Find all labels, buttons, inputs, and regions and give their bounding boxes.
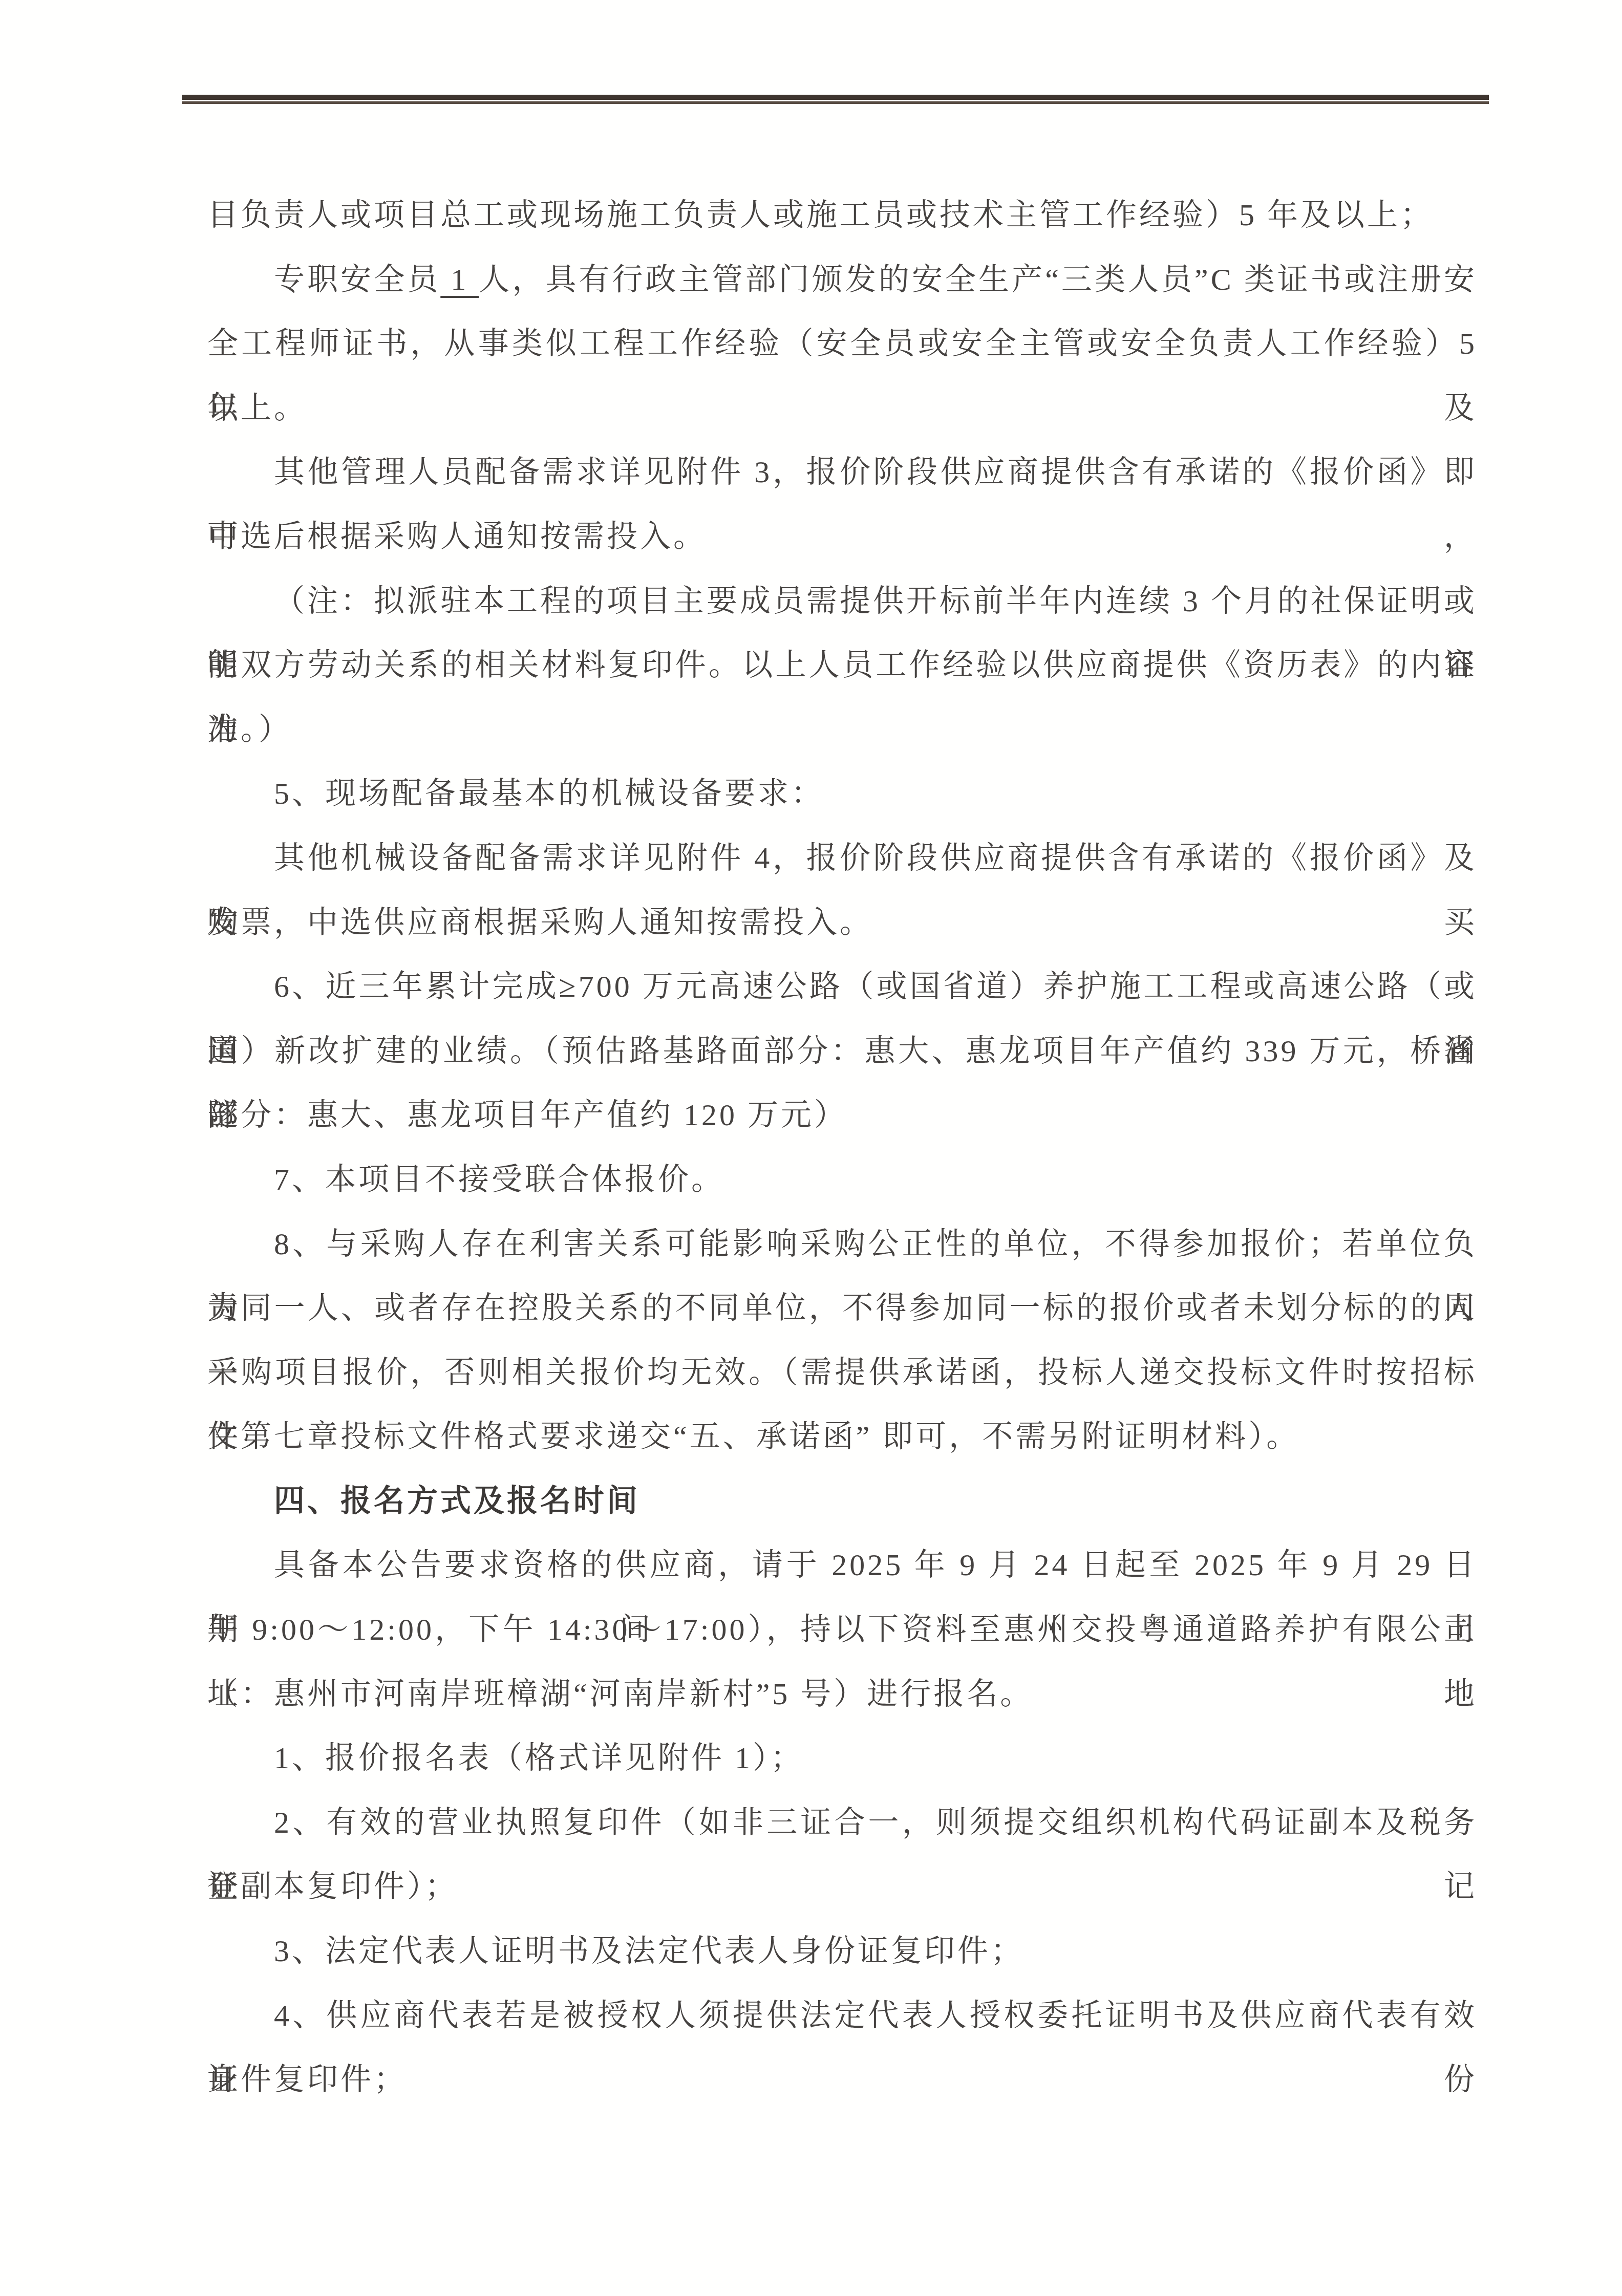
doc-line: 准。） — [207, 698, 1477, 762]
header-rule-top-bar — [182, 95, 1489, 100]
underlined-number: 1 — [440, 263, 479, 296]
doc-line: 全工程师证书，从事类似工程工作经验（安全员或安全主管或安全负责人工作经验）5 年… — [207, 312, 1477, 376]
doc-line: 采购项目报价，否则相关报价均无效。（需提供承诺函，投标人递交投标文件时按招标文 — [207, 1341, 1477, 1405]
doc-line: 专职安全员 1 人，具有行政主管部门颁发的安全生产“三类人员”C 类证书或注册安 — [207, 248, 1477, 312]
doc-line-prefix: 专职安全员 — [274, 263, 440, 296]
doc-line-item-2: 2、有效的营业执照复印件（如非三证合一，则须提交组织机构代码证副本及税务登记 — [207, 1791, 1477, 1855]
doc-line-item-7: 7、本项目不接受联合体报价。 — [207, 1148, 1477, 1212]
doc-line: 其他机械设备配备需求详见附件 4，报价阶段供应商提供含有承诺的《报价函》及购买 — [207, 826, 1477, 891]
doc-line-suffix: 人，具有行政主管部门颁发的安全生产“三类人员”C 类证书或注册安 — [479, 263, 1477, 296]
header-rule-bottom-bar — [182, 101, 1489, 104]
doc-line-item-5: 5、现场配备最基本的机械设备要求： — [207, 762, 1477, 826]
doc-line: 目负责人或项目总工或现场施工负责人或施工员或技术主管工作经验）5 年及以上； — [207, 183, 1477, 248]
document-text-block: 目负责人或项目总工或现场施工负责人或施工员或技术主管工作经验）5 年及以上； 专… — [207, 183, 1477, 2112]
header-double-rule — [182, 95, 1489, 104]
doc-line: 为同一人、或者存在控股关系的不同单位，不得参加同一标的报价或者未划分标的的同一 — [207, 1276, 1477, 1341]
doc-line-item-6: 6、近三年累计完成≥700 万元高速公路（或国省道）养护施工工程或高速公路（或国… — [207, 955, 1477, 1019]
doc-line-item-4: 4、供应商代表若是被授权人须提供法定代表人授权委托证明书及供应商代表有效身份 — [207, 1984, 1477, 2048]
doc-line-item-1: 1、报价报名表（格式详见附件 1）； — [207, 1726, 1477, 1791]
doc-line: 午 9:00～12:00，下午 14:30～17:00），持以下资料至惠州交投粤… — [207, 1598, 1477, 1662]
doc-line: 明双方劳动关系的相关材料复印件。以上人员工作经验以供应商提供《资历表》的内容为 — [207, 633, 1477, 698]
doc-line-item-3: 3、法定代表人证明书及法定代表人身份证复印件； — [207, 1919, 1477, 1984]
doc-line-item-8: 8、与采购人存在利害关系可能影响采购公正性的单位，不得参加报价；若单位负责人 — [207, 1212, 1477, 1277]
section-heading: 四、报名方式及报名时间 — [207, 1469, 1477, 1534]
doc-line: 其他管理人员配备需求详见附件 3，报价阶段供应商提供含有承诺的《报价函》即可， — [207, 440, 1477, 505]
doc-line: 道）新改扩建的业绩。（预估路基路面部分：惠大、惠龙项目年产值约 339 万元，桥… — [207, 1019, 1477, 1084]
doc-line: 部分：惠大、惠龙项目年产值约 120 万元） — [207, 1083, 1477, 1148]
document-page: 目负责人或项目总工或现场施工负责人或施工员或技术主管工作经验）5 年及以上； 专… — [0, 0, 1622, 2296]
doc-line: 件第七章投标文件格式要求递交“五、承诺函” 即可，不需另附证明材料）。 — [207, 1405, 1477, 1469]
doc-line: （注：拟派驻本工程的项目主要成员需提供开标前半年内连续 3 个月的社保证明或能证 — [207, 569, 1477, 634]
doc-line: 具备本公告要求资格的供应商，请于 2025 年 9 月 24 日起至 2025 … — [207, 1533, 1477, 1598]
